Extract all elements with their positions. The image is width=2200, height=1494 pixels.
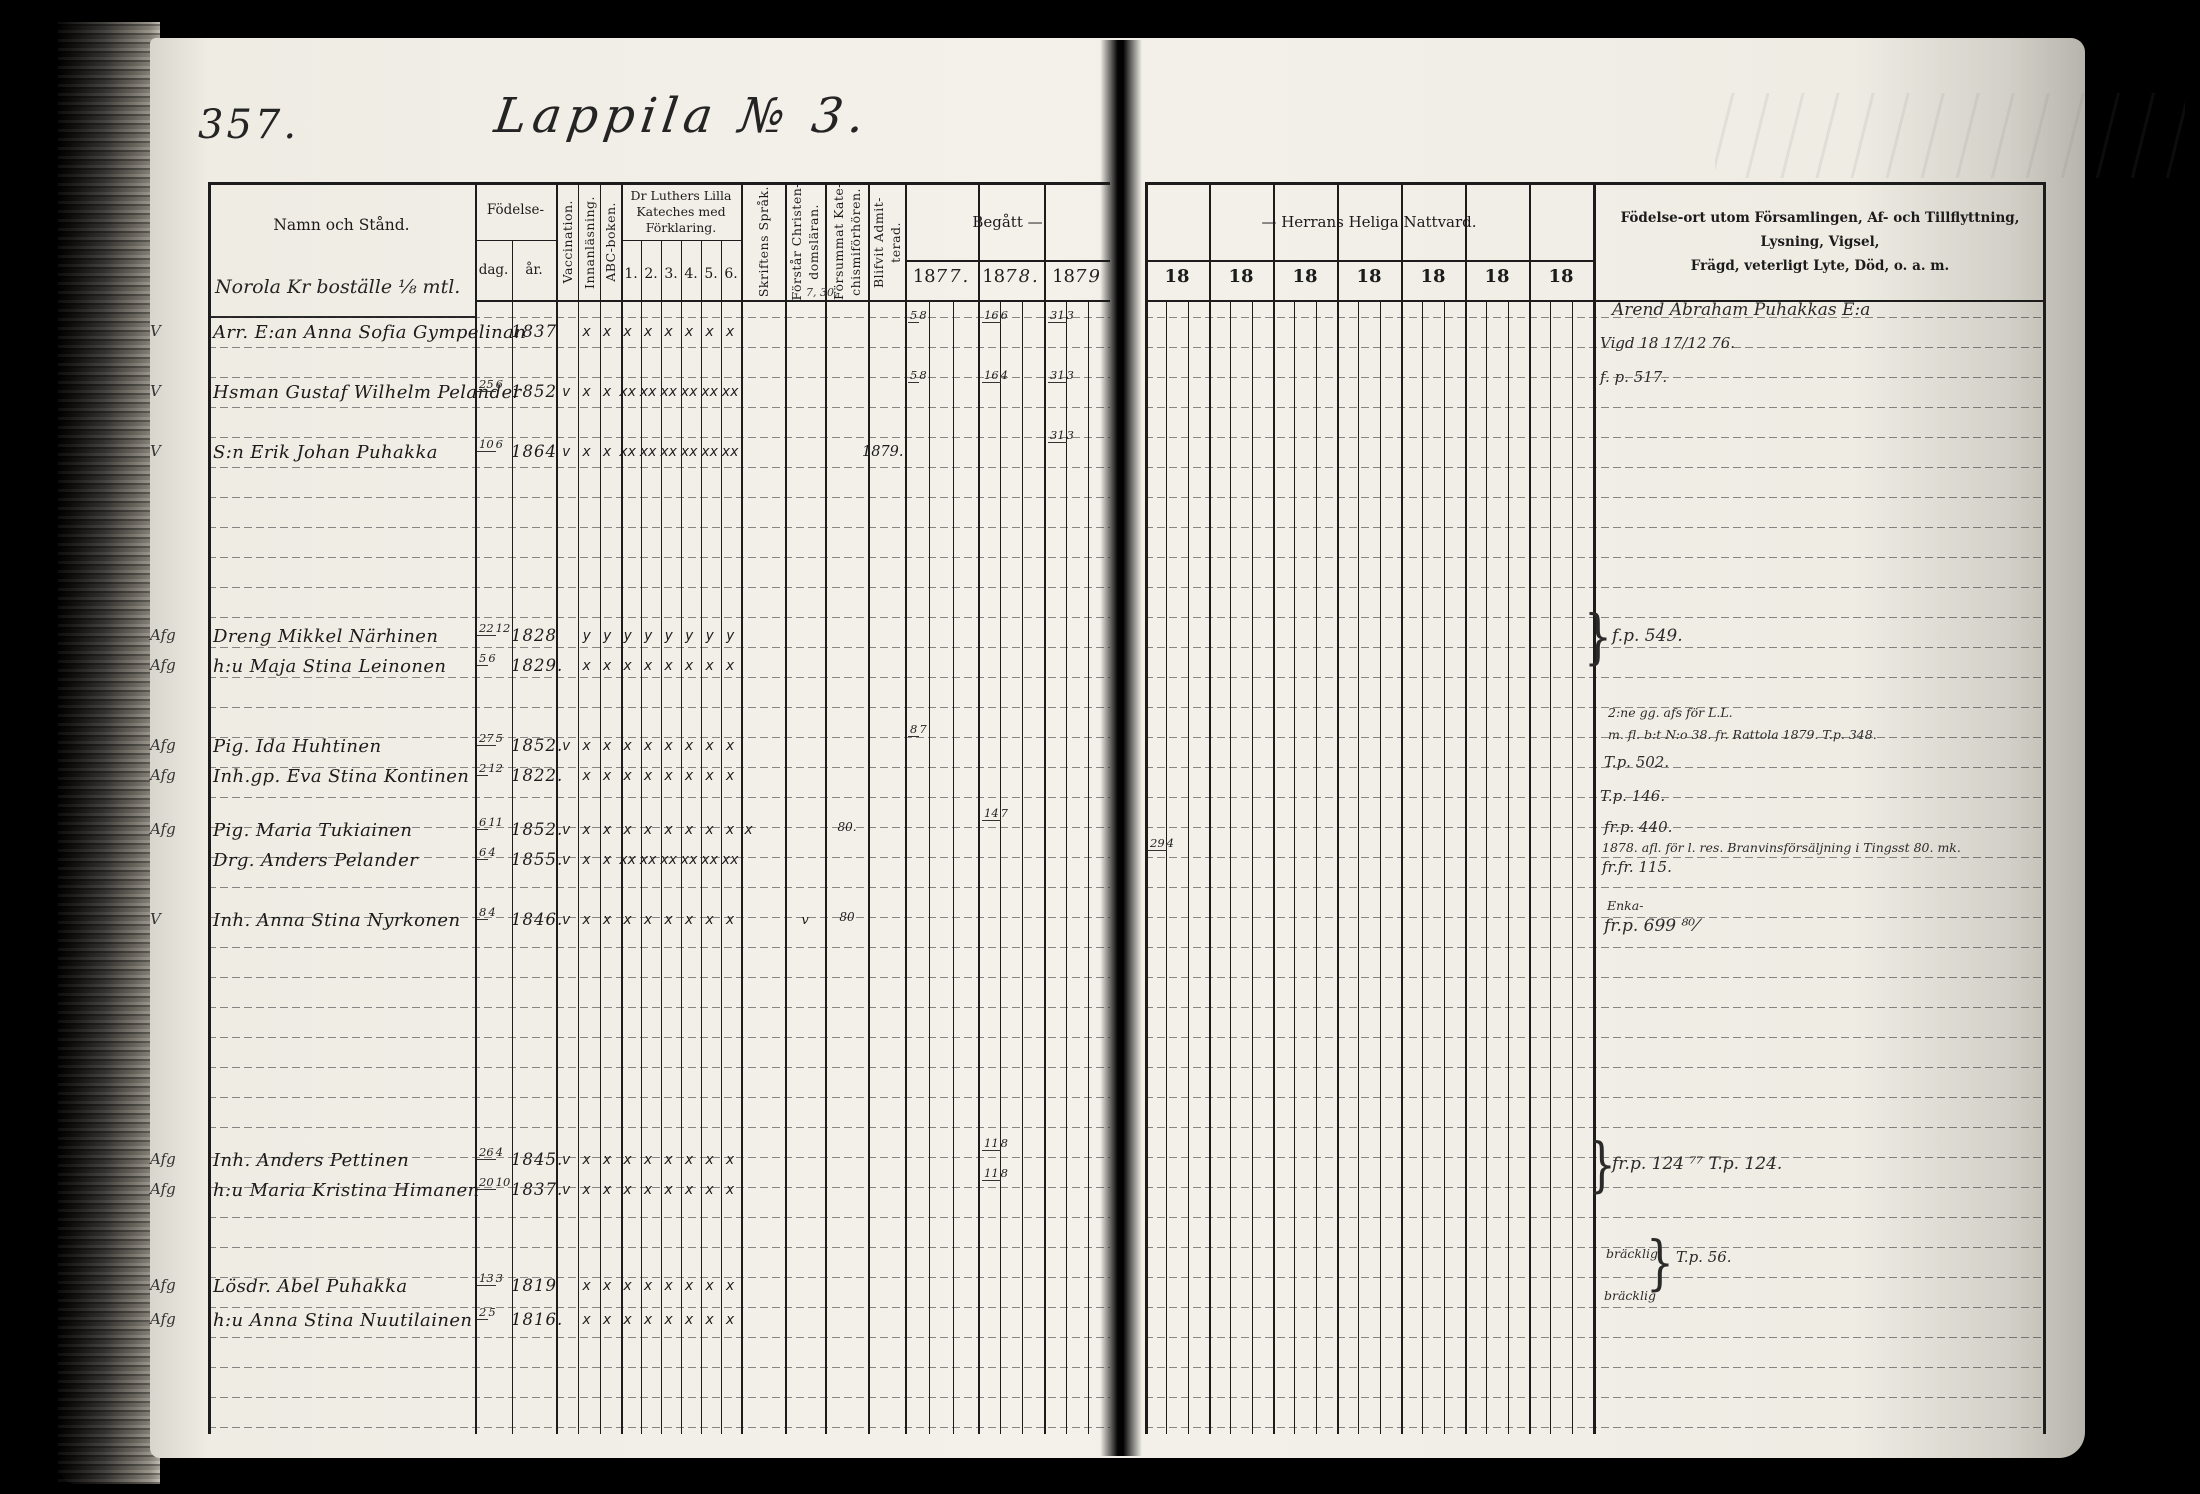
column-header-nattvard: — Herrans Heliga Nattvard. <box>1145 213 1593 231</box>
frac-den: 4 <box>1167 836 1174 850</box>
mark-cell: x <box>577 738 598 754</box>
frac-den: 3 <box>1067 428 1074 442</box>
mark-cell: xx <box>679 384 700 400</box>
mark-cell: x <box>700 1182 721 1198</box>
frac-num: 8 <box>908 722 919 737</box>
mark-cell: x <box>597 384 618 400</box>
mark-cell: v <box>556 444 577 460</box>
brace: } <box>1584 603 1612 672</box>
birth-day-fraction: 611 <box>477 817 509 828</box>
catechism-col: 4. <box>681 266 701 282</box>
mark-cell: xx <box>700 444 721 460</box>
person-name: Hsman Gustaf Wilhelm Pelander <box>213 382 475 403</box>
mark-cell: xx <box>618 384 639 400</box>
mark-cell <box>741 444 789 460</box>
frac-num: 27 <box>477 731 496 746</box>
mark-cell: x <box>597 444 618 460</box>
mark-cell: x <box>679 1182 700 1198</box>
frac-num: 13 <box>477 1271 496 1286</box>
mark-cell: x <box>720 738 741 754</box>
mark-cell: x <box>679 912 700 928</box>
year-printed: 18 <box>982 266 1005 287</box>
mark-cell: xx <box>720 384 741 400</box>
note: Arend Abraham Puhakkas E:a <box>1612 300 1870 320</box>
mark-cell: y <box>638 628 659 644</box>
year-header-1878: 1878. <box>978 266 1044 287</box>
mark-cell: x <box>618 324 639 340</box>
frac-num: 14 <box>982 806 1001 821</box>
birth-year: 1819 <box>511 1276 557 1295</box>
frac-den: 10 <box>496 1175 511 1189</box>
communion-1878: 118 <box>982 1168 1008 1179</box>
margin-mark: Afg <box>150 736 206 754</box>
mark-cell <box>741 1278 789 1294</box>
birth-year: 1864 <box>511 442 557 461</box>
communion-1877: 87 <box>908 724 934 735</box>
mark-cell: xx <box>638 444 659 460</box>
mark-cell <box>741 1152 789 1168</box>
frac-num: 5 <box>908 308 919 323</box>
mark-cell: x <box>700 658 721 674</box>
table-border-top-left <box>208 182 1110 185</box>
forsummat-top-note: 7, 30, <box>806 286 838 299</box>
column-header-forsummat-katechismiforhoren: Försummat Kate-chismiförhören. <box>825 186 868 298</box>
rotated-label: Innanläsning. <box>582 196 597 289</box>
mark-cell: y <box>679 628 700 644</box>
catechism-subcolumns: 1. 2. 3. 4. 5. 6. <box>621 266 741 282</box>
mark-cell: v <box>556 852 577 868</box>
frac-den: 6 <box>496 377 503 391</box>
frac-den: 6 <box>496 437 503 451</box>
margin-mark: Afg <box>150 766 206 784</box>
person-name: S:n Erik Johan Puhakka <box>213 442 475 463</box>
birth-year: 1845. <box>511 1150 557 1169</box>
person-name: h:u Maria Kristina Himanen <box>213 1180 475 1201</box>
mark-cell: x <box>720 1312 741 1328</box>
mark-cell: xx <box>618 852 639 868</box>
note: T.p. 146. <box>1600 787 1665 805</box>
rotated-label: Förstår Christen- <box>789 183 804 301</box>
communion-1879: 313 <box>1048 370 1074 381</box>
note: f.p. 549. <box>1612 626 1683 646</box>
reading-marks: vxxxxxxxx <box>556 912 789 928</box>
mark-cell: x <box>618 768 639 784</box>
mark-cell: x <box>720 1182 741 1198</box>
margin-mark: Afg <box>150 820 206 838</box>
mark-cell: x <box>659 1152 680 1168</box>
frac-num: 5 <box>908 368 919 383</box>
person-name: Lösdr. Abel Puhakka <box>213 1276 475 1297</box>
mark-cell: x <box>700 1278 721 1294</box>
book-gutter <box>1100 40 1142 1456</box>
note: T.p. 56. <box>1676 1248 1732 1266</box>
frac-den: 4 <box>1001 368 1008 382</box>
mark-cell: x <box>700 1312 721 1328</box>
mark-cell: x <box>638 768 659 784</box>
notes-header-line2: Frägd, veterligt Lyte, Död, o. a. m. <box>1600 254 2040 278</box>
mark-cell: x <box>577 852 598 868</box>
mark-cell: x <box>679 738 700 754</box>
mark-cell: y <box>720 628 741 644</box>
mark-cell: x <box>618 1182 639 1198</box>
rotated-label: Försummat Kate- <box>831 183 846 300</box>
page-number: 357. <box>198 102 299 148</box>
column-header-innanlasning: Innanläsning. <box>578 186 600 298</box>
mark-cell: xx <box>700 852 721 868</box>
frac-num: 22 <box>477 621 496 636</box>
year-printed: 18 <box>1052 266 1075 287</box>
mark-cell: x <box>597 768 618 784</box>
mark-cell <box>741 912 789 928</box>
birth-day-fraction: 25 <box>477 1307 509 1318</box>
mark-cell: xx <box>638 852 659 868</box>
mark-cell <box>741 1182 789 1198</box>
ink-bleedthrough <box>1715 93 2185 178</box>
mark-cell: x <box>659 324 680 340</box>
year-header-blank: 18 <box>1401 266 1465 287</box>
column-header-blifvit-admitterad: Blifvit Admit-terad. <box>868 186 905 298</box>
mark-cell: y <box>618 628 639 644</box>
communion-1878: 166 <box>982 310 1008 321</box>
mark-cell: x <box>679 1312 700 1328</box>
mark-cell: x <box>597 324 618 340</box>
communion-1878: 164 <box>982 370 1008 381</box>
mark-cell: x <box>638 912 659 928</box>
frac-den: 7 <box>919 722 926 736</box>
column-header-skriftens-sprak: Skriftens Språk. <box>741 186 785 298</box>
mark-cell <box>741 628 789 644</box>
mark-cell: xx <box>618 444 639 460</box>
admitted-year: 1879. <box>862 444 906 460</box>
year-header-blank: 18 <box>1145 266 1209 287</box>
rotated-label: Skriftens Språk. <box>756 186 771 297</box>
reading-marks: xxxxxxxx <box>556 1278 789 1294</box>
mark-cell: v <box>556 912 577 928</box>
mark-cell <box>741 1312 789 1328</box>
mark-cell <box>741 852 789 868</box>
birth-day-fraction: 256 <box>477 379 509 390</box>
margin-mark: Afg <box>150 1310 206 1328</box>
mark-cell: xx <box>679 852 700 868</box>
note: 1878. afl. för l. res. Branvinsförsäljni… <box>1602 840 1961 855</box>
frac-den: 8 <box>1001 1166 1008 1180</box>
mark-cell: x <box>577 768 598 784</box>
mark-cell: v <box>556 1152 577 1168</box>
mark-cell: x <box>720 822 741 838</box>
mark-cell: x <box>659 912 680 928</box>
mark-cell: x <box>700 768 721 784</box>
mark-cell: x <box>618 822 639 838</box>
margin-mark: Afg <box>150 1150 206 1168</box>
column-header-birth-year: år. <box>512 262 556 278</box>
margin-mark: V <box>150 382 206 400</box>
person-name: Arr. E:an Anna Sofia Gympelinan <box>213 322 475 343</box>
mark-cell: x <box>618 1312 639 1328</box>
catechism-col: 5. <box>701 266 721 282</box>
mark-cell <box>556 1278 577 1294</box>
birth-year: 1852. <box>511 736 557 755</box>
mark-cell: x <box>659 1182 680 1198</box>
mark-cell: x <box>720 1152 741 1168</box>
rotated-label: terad. <box>888 222 903 263</box>
mark-cell: x <box>659 822 680 838</box>
forsummat-note: 80 <box>826 910 868 924</box>
person-name: h:u Maja Stina Leinonen <box>213 656 475 677</box>
column-header-name: Namn och Stånd. <box>208 216 475 234</box>
frac-num: 26 <box>477 1145 496 1160</box>
frac-num: 31 <box>1048 368 1067 383</box>
frac-num: 16 <box>982 368 1001 383</box>
mark-cell: x <box>700 912 721 928</box>
communion-1877: 58 <box>908 310 934 321</box>
margin-mark: Afg <box>150 626 206 644</box>
mark-cell: x <box>638 1312 659 1328</box>
mark-cell: x <box>577 324 598 340</box>
mark-cell: xx <box>638 384 659 400</box>
mark-cell: x <box>659 1312 680 1328</box>
mark-cell: x <box>679 658 700 674</box>
frac-num: 6 <box>477 815 488 830</box>
margin-mark: Afg <box>150 656 206 674</box>
note: fr.p. 699 ⁸⁰⁄ <box>1604 916 1698 936</box>
mark-cell: xx <box>679 444 700 460</box>
mark-cell: x <box>720 324 741 340</box>
mark-cell: x <box>577 912 598 928</box>
mark-cell: x <box>679 1278 700 1294</box>
forsummat-note: 80. <box>826 820 868 834</box>
forstar-note: v <box>786 913 824 928</box>
mark-cell: x <box>597 1312 618 1328</box>
mark-cell: x <box>659 1278 680 1294</box>
birth-year: 1852 <box>511 382 557 401</box>
mark-cell: x <box>720 658 741 674</box>
frac-den: 3 <box>496 1271 503 1285</box>
mark-cell: xx <box>659 444 680 460</box>
mark-cell: x <box>638 1278 659 1294</box>
birth-year: 1846. <box>511 910 557 929</box>
reading-marks: vxxxxxxxxxxxxxx <box>556 852 789 868</box>
person-name: Inh. Anders Pettinen <box>213 1150 475 1171</box>
mark-cell: x <box>638 738 659 754</box>
frac-den: 6 <box>488 651 495 665</box>
frac-num: 6 <box>477 845 488 860</box>
reading-marks: vxxxxxxxx <box>556 738 789 754</box>
mark-cell: x <box>638 1152 659 1168</box>
frac-den: 4 <box>496 1145 503 1159</box>
person-name: h:u Anna Stina Nuutilainen <box>213 1310 475 1331</box>
birth-year: 1837 <box>511 322 557 341</box>
column-header-begatt: Begått — <box>905 213 1110 231</box>
person-name: Inh.gp. Eva Stina Kontinen <box>213 766 475 787</box>
birth-day-fraction: 264 <box>477 1147 509 1158</box>
year-header-1877: 1877. <box>905 266 978 287</box>
line <box>1145 260 1593 262</box>
mark-cell: x <box>659 768 680 784</box>
mark-cell: x <box>618 738 639 754</box>
frac-den: 7 <box>1001 806 1008 820</box>
birth-year: 1829. <box>511 656 557 675</box>
mark-cell: x <box>720 912 741 928</box>
frac-den: 12 <box>488 761 503 775</box>
mark-cell: x <box>597 822 618 838</box>
mark-cell: y <box>659 628 680 644</box>
mark-cell: v <box>556 822 577 838</box>
mark-cell: xx <box>720 444 741 460</box>
mark-cell: xx <box>720 852 741 868</box>
communion-1878: 118 <box>982 1138 1008 1149</box>
birth-year: 1822. <box>511 766 557 785</box>
birth-day-fraction: 212 <box>477 763 509 774</box>
mark-cell <box>741 658 789 674</box>
note: fr.fr. 115. <box>1602 858 1672 876</box>
mark-cell: x <box>597 912 618 928</box>
frac-den: 8 <box>1001 1136 1008 1150</box>
person-name: Dreng Mikkel Närhinen <box>213 626 475 647</box>
mark-cell: x <box>700 1152 721 1168</box>
communion-1878: 147 <box>982 808 1008 819</box>
mark-cell: x <box>577 822 598 838</box>
catechism-col: 6. <box>721 266 741 282</box>
catechism-col: 1. <box>621 266 641 282</box>
person-name: Pig. Ida Huhtinen <box>213 736 475 757</box>
catechism-col: 2. <box>641 266 661 282</box>
mark-cell: x <box>720 768 741 784</box>
reading-marks: vxxxxxxxxxxxxxx <box>556 444 789 460</box>
frac-num: 8 <box>477 905 488 920</box>
mark-cell: xx <box>659 852 680 868</box>
birth-day-fraction: 56 <box>477 653 509 664</box>
line <box>475 240 556 241</box>
mark-cell: x <box>741 822 789 838</box>
rotated-label: ABC-boken. <box>603 202 618 282</box>
mark-cell: x <box>577 1182 598 1198</box>
mark-cell: x <box>659 658 680 674</box>
margin-mark: V <box>150 442 206 460</box>
year-header-blank: 18 <box>1273 266 1337 287</box>
mark-cell: x <box>700 822 721 838</box>
mark-cell: y <box>597 628 618 644</box>
rotated-label: domsläran. <box>806 204 821 280</box>
frac-den: 11 <box>488 815 503 829</box>
frac-den: 8 <box>919 368 926 382</box>
mark-cell: x <box>618 912 639 928</box>
note: fr.p. 440. <box>1604 818 1672 836</box>
birth-year: 1855. <box>511 850 557 869</box>
mark-cell <box>741 738 789 754</box>
mark-cell: v <box>556 1182 577 1198</box>
mark-cell: x <box>720 1278 741 1294</box>
person-name: Inh. Anna Stina Nyrkonen <box>213 910 475 931</box>
column-header-birth: Födelse- <box>475 202 556 218</box>
reading-marks: vxxxxxxxxxxxxxx <box>556 384 789 400</box>
year-hand: 78. <box>1005 266 1040 287</box>
birth-day-fraction: 106 <box>477 439 509 450</box>
mark-cell: x <box>577 1312 598 1328</box>
frac-den: 12 <box>496 621 511 635</box>
frac-num: 2 <box>477 761 488 776</box>
mark-cell <box>741 324 789 340</box>
mark-cell: x <box>577 1278 598 1294</box>
note: T.p. 502. <box>1604 753 1669 771</box>
mark-cell: x <box>597 738 618 754</box>
communion-18-blank: 294 <box>1148 838 1174 849</box>
communion-1879: 313 <box>1048 310 1074 321</box>
frac-num: 25 <box>477 377 496 392</box>
communion-1877: 58 <box>908 370 934 381</box>
mark-cell: x <box>597 852 618 868</box>
mark-cell: x <box>618 1278 639 1294</box>
mark-cell: x <box>597 1278 618 1294</box>
frac-num: 16 <box>982 308 1001 323</box>
year-hand: 77. <box>936 266 971 287</box>
note: fr.p. 124 ⁷⁷ T.p. 124. <box>1612 1154 1782 1174</box>
note: 2:ne gg. afs för L.L. <box>1608 705 1733 720</box>
mark-cell <box>556 628 577 644</box>
margin-mark: Afg <box>150 1276 206 1294</box>
mark-cell: xx <box>659 384 680 400</box>
mark-cell: x <box>618 1152 639 1168</box>
year-header-blank: 18 <box>1465 266 1529 287</box>
rotated-label: chismiförhören. <box>848 188 863 296</box>
mark-cell <box>556 324 577 340</box>
year-hand: 79 <box>1075 266 1102 287</box>
frac-num: 10 <box>477 437 496 452</box>
birth-day-fraction: 84 <box>477 907 509 918</box>
mark-cell: x <box>618 658 639 674</box>
frac-num: 29 <box>1148 836 1167 851</box>
frac-num: 11 <box>982 1136 1001 1151</box>
line <box>905 260 1110 262</box>
mark-cell: x <box>597 1152 618 1168</box>
note: f. p. 517. <box>1600 368 1667 386</box>
communion-1879: 313 <box>1048 430 1074 441</box>
mark-cell: x <box>700 738 721 754</box>
frac-num: 20 <box>477 1175 496 1190</box>
frac-den: 3 <box>1067 308 1074 322</box>
year-header-blank: 18 <box>1529 266 1593 287</box>
mark-cell: x <box>659 738 680 754</box>
reading-marks: vxxxxxxxxx <box>556 822 789 838</box>
mark-cell: x <box>638 822 659 838</box>
mark-cell: v <box>556 738 577 754</box>
birth-day-fraction: 2010 <box>477 1177 509 1188</box>
reading-marks: vxxxxxxxx <box>556 1152 789 1168</box>
frac-den: 4 <box>488 845 495 859</box>
column-header-abc-boken: ABC-boken. <box>600 186 621 298</box>
mark-cell: xx <box>700 384 721 400</box>
birth-year: 1816. <box>511 1310 557 1329</box>
mark-cell: x <box>577 444 598 460</box>
note: m. fl. b:t N:o 38. fr. Rattola 1879. T.p… <box>1608 727 1877 742</box>
column-header-forstar-christendomslaran: Förstår Christen-domsläran. <box>785 186 825 298</box>
frac-den: 5 <box>488 1305 495 1319</box>
frac-den: 6 <box>1001 308 1008 322</box>
mark-cell: x <box>577 1152 598 1168</box>
mark-cell: x <box>638 1182 659 1198</box>
catechism-col: 3. <box>661 266 681 282</box>
year-header-blank: 18 <box>1209 266 1273 287</box>
reading-marks: xxxxxxxx <box>556 768 789 784</box>
column-header-notes: Födelse-ort utom Församlingen, Af- och T… <box>1600 206 2040 278</box>
frac-num: 31 <box>1048 428 1067 443</box>
note: Enka- <box>1607 898 1643 913</box>
mark-cell: x <box>638 658 659 674</box>
year-printed: 18 <box>913 266 936 287</box>
year-header-blank: 18 <box>1337 266 1401 287</box>
rotated-label: Vaccination. <box>560 200 575 283</box>
mark-cell: x <box>638 324 659 340</box>
mark-cell: y <box>700 628 721 644</box>
